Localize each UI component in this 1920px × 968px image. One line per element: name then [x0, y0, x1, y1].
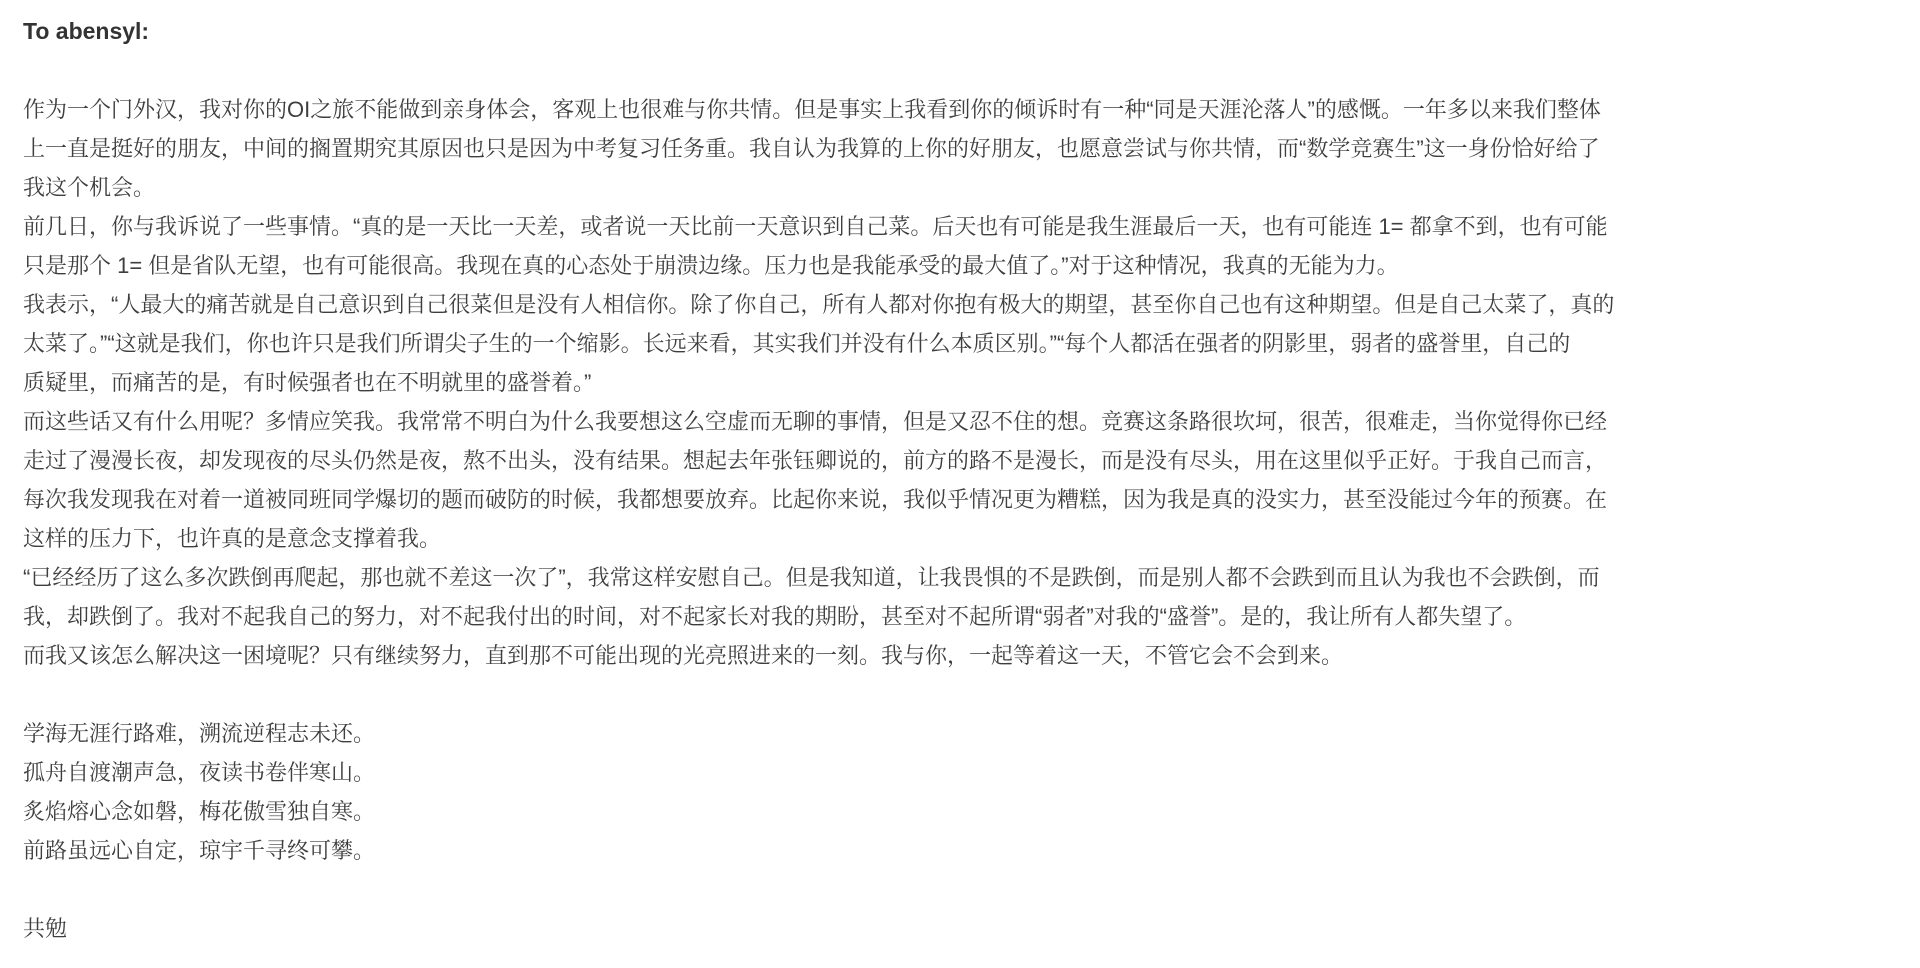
text-line: 学海无涯行路难，溯流逆程志未还。 [23, 714, 1900, 753]
text-line: 每次我发现我在对着一道被同班同学爆切的题而破防的时候，我都想要放弃。比起你来说，… [23, 480, 1900, 519]
text-line: 质疑里，而痛苦的是，有时候强者也在不明就里的盛誉着。” [23, 363, 1900, 402]
text-line: 前几日，你与我诉说了一些事情。“真的是一天比一天差，或者说一天比前一天意识到自己… [23, 207, 1900, 246]
text-line: 我，却跌倒了。我对不起我自己的努力，对不起我付出的时间，对不起家长对我的期盼，甚… [23, 597, 1900, 636]
text-line: 而我又该怎么解决这一困境呢？只有继续努力，直到那不可能出现的光亮照进来的一刻。我… [23, 636, 1900, 675]
text-line: 炙焰熔心念如磐，梅花傲雪独自寒。 [23, 792, 1900, 831]
text-line: 而这些话又有什么用呢？多情应笑我。我常常不明白为什么我要想这么空虚而无聊的事情，… [23, 402, 1900, 441]
letter-salutation: To abensyl: [23, 12, 1900, 51]
text-line: 走过了漫漫长夜，却发现夜的尽头仍然是夜，熬不出头，没有结果。想起去年张钰卿说的，… [23, 441, 1900, 480]
text-line: 上一直是挺好的朋友，中间的搁置期究其原因也只是因为中考复习任务重。我自认为我算的… [23, 129, 1900, 168]
text-line: 只是那个 1= 但是省队无望，也有可能很高。我现在真的心态处于崩溃边缘。压力也是… [23, 246, 1900, 285]
letter-document: To abensyl: 作为一个门外汉，我对你的OI之旅不能做到亲身体会，客观上… [0, 0, 1920, 968]
text-line: 我表示，“人最大的痛苦就是自己意识到自己很菜但是没有人相信你。除了你自己，所有人… [23, 285, 1900, 324]
text-line: “已经经历了这么多次跌倒再爬起，那也就不差这一次了”，我常这样安慰自己。但是我知… [23, 558, 1900, 597]
text-line: 作为一个门外汉，我对你的OI之旅不能做到亲身体会，客观上也很难与你共情。但是事实… [23, 90, 1900, 129]
letter-body: 作为一个门外汉，我对你的OI之旅不能做到亲身体会，客观上也很难与你共情。但是事实… [23, 90, 1900, 675]
text-line: 我这个机会。 [23, 168, 1900, 207]
letter-poem: 学海无涯行路难，溯流逆程志未还。孤舟自渡潮声急，夜读书卷伴寒山。炙焰熔心念如磐，… [23, 714, 1900, 870]
letter-closing: 共勉 [23, 909, 1900, 948]
text-line: 孤舟自渡潮声急，夜读书卷伴寒山。 [23, 753, 1900, 792]
text-line: 这样的压力下，也许真的是意念支撑着我。 [23, 519, 1900, 558]
text-line: 太菜了。”“这就是我们，你也许只是我们所谓尖子生的一个缩影。长远来看，其实我们并… [23, 324, 1900, 363]
text-line: 前路虽远心自定，琼宇千寻终可攀。 [23, 831, 1900, 870]
